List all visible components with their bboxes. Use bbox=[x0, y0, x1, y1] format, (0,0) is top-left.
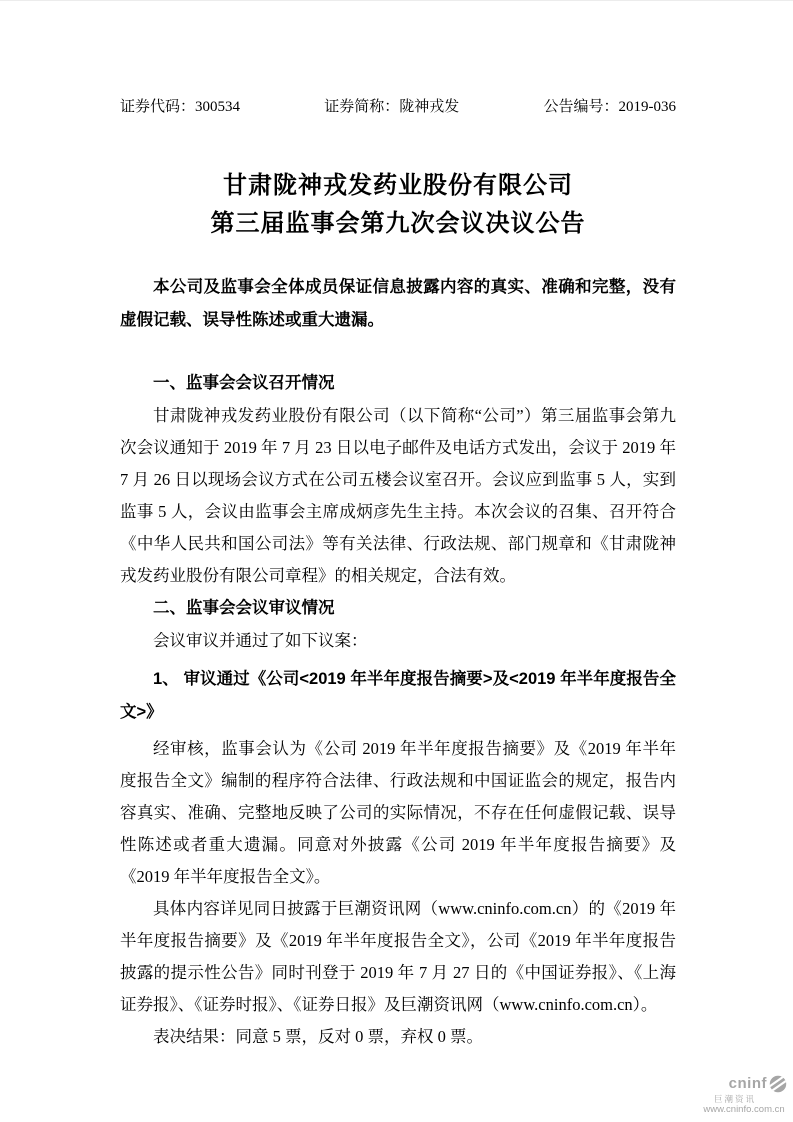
item1-paragraph1: 经审核，监事会认为《公司 2019 年半年度报告摘要》及《2019 年半年度报告… bbox=[120, 733, 676, 893]
page-title: 甘肃陇神戎发药业股份有限公司 第三届监事会第九次会议决议公告 bbox=[120, 167, 676, 243]
stock-code: 证券代码：300534 bbox=[120, 97, 240, 117]
item1-vote-result: 表决结果：同意 5 票，反对 0 票，弃权 0 票。 bbox=[120, 1021, 676, 1053]
cninfo-brand-row: cninf bbox=[700, 1074, 788, 1094]
section2-intro: 会议审议并通过了如下议案： bbox=[120, 625, 676, 657]
section2-heading: 二、监事会会议审议情况 bbox=[120, 592, 676, 625]
section1-heading: 一、监事会会议召开情况 bbox=[120, 367, 676, 400]
cninfo-watermark: cninf 巨潮资讯 www.cninfo.com.cn bbox=[700, 1074, 788, 1116]
cninfo-logo-icon bbox=[768, 1074, 788, 1094]
doc-header-row: 证券代码：300534 证券简称：陇神戎发 公告编号：2019-036 bbox=[120, 97, 676, 117]
stock-short-name: 证券简称：陇神戎发 bbox=[324, 97, 459, 117]
announcement-page: 证券代码：300534 证券简称：陇神戎发 公告编号：2019-036 甘肃陇神… bbox=[0, 0, 793, 1122]
page-title-line1: 甘肃陇神戎发药业股份有限公司 bbox=[120, 167, 676, 205]
announcement-number: 公告编号：2019-036 bbox=[544, 97, 677, 117]
page-title-line2: 第三届监事会第九次会议决议公告 bbox=[120, 205, 676, 243]
integrity-statement: 本公司及监事会全体成员保证信息披露内容的真实、准确和完整，没有虚假记载、误导性陈… bbox=[120, 271, 676, 337]
cninfo-brand-text: cninf bbox=[729, 1075, 767, 1093]
cninfo-url: www.cninfo.com.cn bbox=[700, 1104, 788, 1116]
item1-paragraph2: 具体内容详见同日披露于巨潮资讯网（www.cninfo.com.cn）的《201… bbox=[120, 893, 676, 1021]
cninfo-chinese-name: 巨潮资讯 bbox=[700, 1094, 788, 1104]
section1-paragraph: 甘肃陇神戎发药业股份有限公司（以下简称“公司”）第三届监事会第九次会议通知于 2… bbox=[120, 400, 676, 592]
item1-heading: 1、 审议通过《公司<2019 年半年度报告摘要>及<2019 年半年度报告全文… bbox=[120, 663, 676, 729]
page-content: 证券代码：300534 证券简称：陇神戎发 公告编号：2019-036 甘肃陇神… bbox=[120, 1, 676, 1053]
